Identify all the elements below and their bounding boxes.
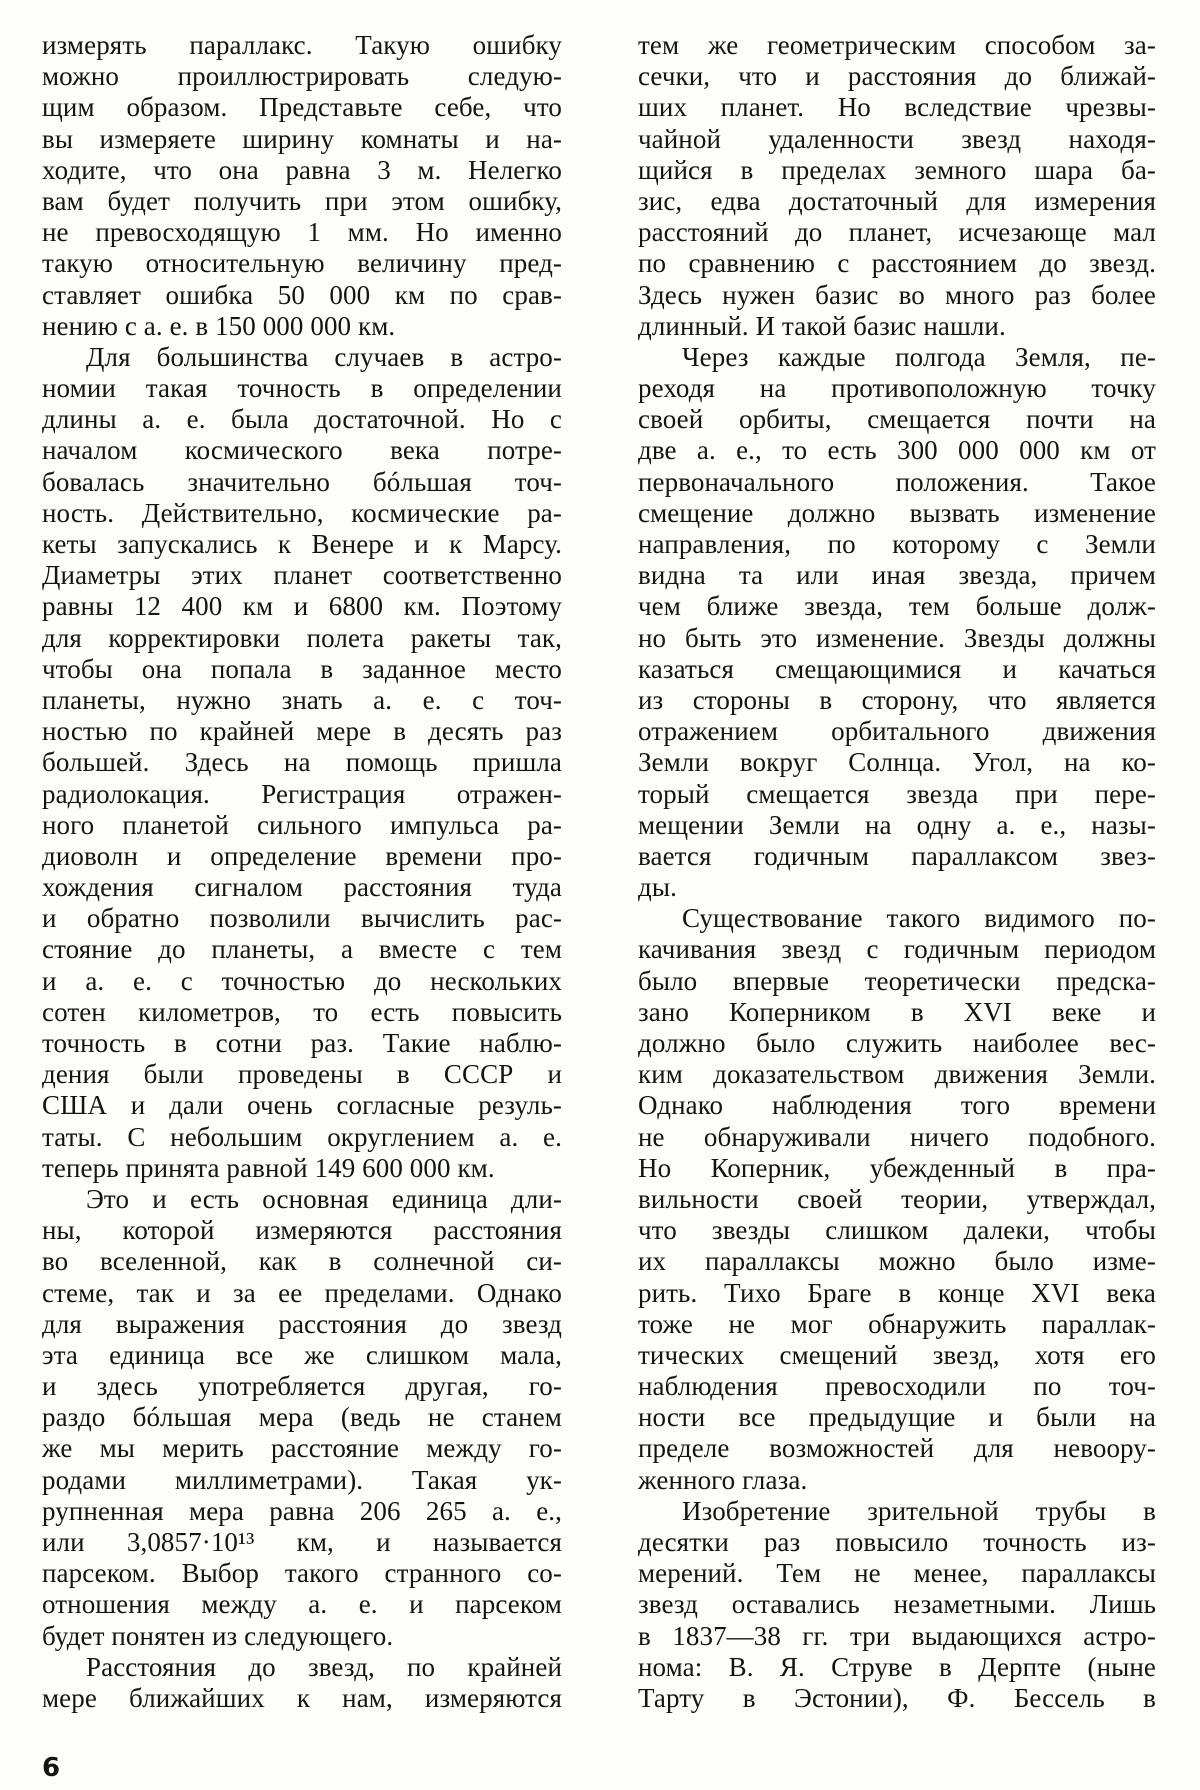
text-line: радиолокация. Регистрация отражен- <box>42 779 562 810</box>
text-line: Однако наблюдения того времени <box>638 1090 1156 1121</box>
text-line: мещении Земли на одну а. е., назы- <box>638 810 1156 841</box>
text-line: стеме, так и за ее пределами. Однако <box>42 1278 562 1309</box>
text-line: что звезды слишком далеки, чтобы <box>638 1215 1156 1246</box>
text-line: диоволн и определение времени про- <box>42 841 562 872</box>
text-line: ности все предыдущие и были на <box>638 1402 1156 1433</box>
text-line: таты. С небольшим округлением а. е. <box>42 1122 562 1153</box>
text-line: должно было служить наиболее вес- <box>638 1028 1156 1059</box>
text-line: будет понятен из следующего. <box>42 1621 562 1652</box>
text-line: две а. е., то есть 300 000 000 км от <box>638 435 1156 466</box>
text-line: можно проиллюстрировать следую- <box>42 61 562 92</box>
text-line: Земли вокруг Солнца. Угол, на ко- <box>638 747 1156 778</box>
text-line: качивания звезд с годичным периодом <box>638 934 1156 965</box>
text-line: по сравнению с расстоянием до звезд. <box>638 248 1156 279</box>
right-column: тем же геометрическим способом за-сечки,… <box>638 30 1156 1714</box>
text-line: во вселенной, как в солнечной си- <box>42 1246 562 1277</box>
text-line: тем же геометрическим способом за- <box>638 30 1156 61</box>
text-line: было впервые теоретически предска- <box>638 966 1156 997</box>
text-line: парсеком. Выбор такого странного со- <box>42 1558 562 1589</box>
text-line: мерений. Тем не менее, параллаксы <box>638 1558 1156 1589</box>
left-column: измерять параллакс. Такую ошибкуможно пр… <box>42 30 562 1714</box>
text-line: ших планет. Но вследствие чрезвы- <box>638 92 1156 123</box>
text-line: США и дали очень согласные резуль- <box>42 1090 562 1121</box>
text-line: ставляет ошибка 50 000 км по срав- <box>42 280 562 311</box>
text-line: в 1837—38 гг. три выдающихся астро- <box>638 1621 1156 1652</box>
text-line: Расстояния до звезд, по крайней <box>42 1652 562 1683</box>
text-line: наблюдения превосходили по точ- <box>638 1371 1156 1402</box>
text-line: казаться смещающимися и качаться <box>638 654 1156 685</box>
text-line: своей орбиты, смещается почти на <box>638 404 1156 435</box>
text-line: ким доказательством движения Земли. <box>638 1059 1156 1090</box>
text-line: торый смещается звезда при пере- <box>638 779 1156 810</box>
text-line: Тарту в Эстонии), Ф. Бессель в <box>638 1683 1156 1714</box>
text-line: дения были проведены в СССР и <box>42 1059 562 1090</box>
text-line: большей. Здесь на помощь пришла <box>42 747 562 778</box>
text-line: началом космического века потре- <box>42 435 562 466</box>
text-line: Существование такого видимого по- <box>638 903 1156 934</box>
text-line: видна та или иная звезда, причем <box>638 560 1156 591</box>
text-line: пределе возможностей для невоору- <box>638 1433 1156 1464</box>
text-line: родами миллиметрами). Такая ук- <box>42 1465 562 1496</box>
text-line: нома: В. Я. Струве в Дерпте (ныне <box>638 1652 1156 1683</box>
text-line: Диаметры этих планет соответственно <box>42 560 562 591</box>
text-line: рупненная мера равна 206 265 а. е., <box>42 1496 562 1527</box>
text-line: Это и есть основная единица дли- <box>42 1184 562 1215</box>
text-line: первоначального положения. Такое <box>638 467 1156 498</box>
text-line: кеты запускались к Венере и к Марсу. <box>42 529 562 560</box>
text-line: женного глаза. <box>638 1465 1156 1496</box>
text-line: номии такая точность в определении <box>42 373 562 404</box>
text-line: же мы мерить расстояние между го- <box>42 1433 562 1464</box>
text-line: равны 12 400 км и 6800 км. Поэтому <box>42 591 562 622</box>
text-line: расстояний до планет, исчезающе мал <box>638 217 1156 248</box>
text-line: и обратно позволили вычислить рас- <box>42 903 562 934</box>
text-line: ны, которой измеряются расстояния <box>42 1215 562 1246</box>
text-line: тических смещений звезд, хотя его <box>638 1340 1156 1371</box>
text-line: ды. <box>638 872 1156 903</box>
text-line: Через каждые полгода Земля, пе- <box>638 342 1156 373</box>
text-line: не превосходящую 1 мм. Но именно <box>42 217 562 248</box>
text-line: отражением орбитального движения <box>638 716 1156 747</box>
text-line: Но Коперник, убежденный в пра- <box>638 1153 1156 1184</box>
text-line: рить. Тихо Браге в конце XVI века <box>638 1278 1156 1309</box>
text-line: направления, по которому с Земли <box>638 529 1156 560</box>
text-line: но быть это изменение. Звезды должны <box>638 623 1156 654</box>
page-number: 6 <box>42 1753 60 1783</box>
text-line: вильности своей теории, утверждал, <box>638 1184 1156 1215</box>
text-line: для выражения расстояния до звезд <box>42 1309 562 1340</box>
text-line: из стороны в сторону, что является <box>638 685 1156 716</box>
text-line: Здесь нужен базис во много раз более <box>638 280 1156 311</box>
text-line: щим образом. Представьте себе, что <box>42 92 562 123</box>
text-line: точность в сотни раз. Такие наблю- <box>42 1028 562 1059</box>
text-line: отношения между а. е. и парсеком <box>42 1589 562 1620</box>
text-line: эта единица все же слишком мала, <box>42 1340 562 1371</box>
text-line: хождения сигналом расстояния туда <box>42 872 562 903</box>
text-line: сечки, что и расстояния до ближай- <box>638 61 1156 92</box>
text-line: планеты, нужно знать а. е. с точ- <box>42 685 562 716</box>
text-line: и здесь употребляется другая, го- <box>42 1371 562 1402</box>
text-line: щийся в пределах земного шара ба- <box>638 155 1156 186</box>
text-line: стояние до планеты, а вместе с тем <box>42 934 562 965</box>
text-line: зис, едва достаточный для измерения <box>638 186 1156 217</box>
text-line: тоже не мог обнаружить параллак- <box>638 1309 1156 1340</box>
text-line: теперь принята равной 149 600 000 км. <box>42 1153 562 1184</box>
text-line: чем ближе звезда, тем больше долж- <box>638 591 1156 622</box>
text-line: смещение должно вызвать изменение <box>638 498 1156 529</box>
text-line: реходя на противоположную точку <box>638 373 1156 404</box>
text-line: ходите, что она равна 3 м. Нелегко <box>42 155 562 186</box>
text-line: такую относительную величину пред- <box>42 248 562 279</box>
text-line: вам будет получить при этом ошибку, <box>42 186 562 217</box>
text-line: раздо бóльшая мера (ведь не станем <box>42 1402 562 1433</box>
text-line: измерять параллакс. Такую ошибку <box>42 30 562 61</box>
text-line: Изобретение зрительной трубы в <box>638 1496 1156 1527</box>
text-line: Для большинства случаев в астро- <box>42 342 562 373</box>
text-line: длинный. И такой базис нашли. <box>638 311 1156 342</box>
text-line: длины а. е. была достаточной. Но с <box>42 404 562 435</box>
text-line: их параллаксы можно было изме- <box>638 1246 1156 1277</box>
text-line: зано Коперником в XVI веке и <box>638 997 1156 1028</box>
text-line: для корректировки полета ракеты так, <box>42 623 562 654</box>
text-line: ностью по крайней мере в десять раз <box>42 716 562 747</box>
text-line: вы измеряете ширину комнаты и на- <box>42 124 562 155</box>
text-line: мере ближайших к нам, измеряются <box>42 1683 562 1714</box>
text-line: не обнаруживали ничего подобного. <box>638 1122 1156 1153</box>
text-line: вается годичным параллаксом звез- <box>638 841 1156 872</box>
text-line: нению с а. е. в 150 000 000 км. <box>42 311 562 342</box>
text-line: чтобы она попала в заданное место <box>42 654 562 685</box>
text-line: и а. е. с точностью до нескольких <box>42 966 562 997</box>
text-line: десятки раз повысило точность из- <box>638 1527 1156 1558</box>
text-line: бовалась значительно бóльшая точ- <box>42 467 562 498</box>
text-line: ность. Действительно, космические ра- <box>42 498 562 529</box>
text-line: или 3,0857·10¹³ км, и называется <box>42 1527 562 1558</box>
text-line: сотен километров, то есть повысить <box>42 997 562 1028</box>
text-line: чайной удаленности звезд находя- <box>638 124 1156 155</box>
text-line: звезд оставались незаметными. Лишь <box>638 1589 1156 1620</box>
text-line: ного планетой сильного импульса ра- <box>42 810 562 841</box>
